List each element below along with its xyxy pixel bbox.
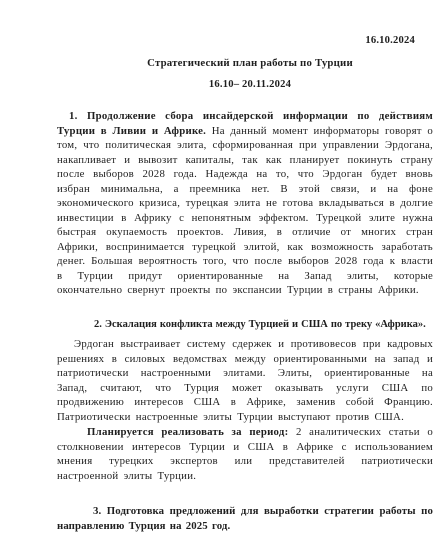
paragraph-1: 1. Продолжение сбора инсайдерской информ… xyxy=(57,109,433,298)
plan-paragraph: Планируется реализовать за период: 2 ана… xyxy=(57,425,433,483)
section-2-body: Эрдоган выстраивает систему сдержек и пр… xyxy=(57,337,433,424)
section-3-heading: 3. Подготовка предложений для выработки … xyxy=(57,504,433,533)
document-page: 16.10.2024 Стратегический план работы по… xyxy=(0,0,447,545)
paragraph-1-body: На данный момент информаторы говорят о т… xyxy=(57,125,433,297)
section-2-heading: 2. Эскалация конфликта между Турцией и С… xyxy=(57,318,433,333)
document-date: 16.10.2024 xyxy=(57,33,433,48)
plan-lead: Планируется реализовать за период: xyxy=(87,426,288,438)
document-title: Стратегический план работы по Турции xyxy=(57,55,433,72)
document-date-range: 16.10– 20.11.2024 xyxy=(57,77,433,92)
